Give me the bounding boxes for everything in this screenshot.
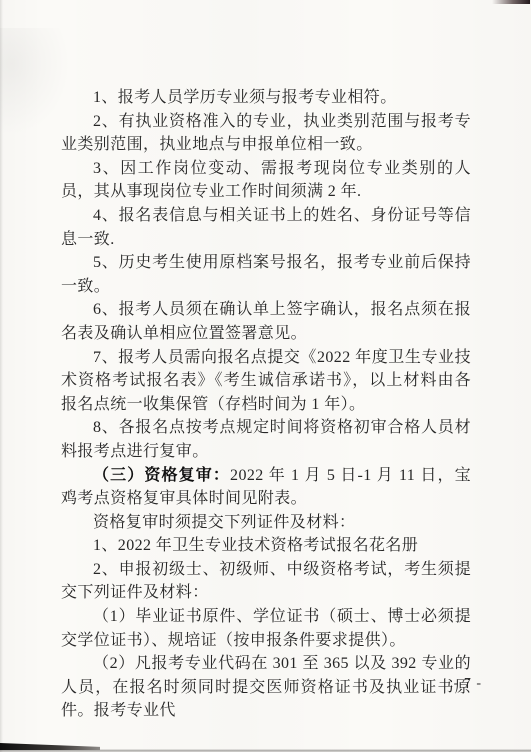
scan-top-right-mark bbox=[492, 0, 530, 4]
paragraph: 6、报考人员须在确认单上签字确认，报名点须在报名表及确认单相应位置签署意见。 bbox=[61, 298, 471, 345]
paragraph: （2）凡报考专业代码在 301 至 365 以及 392 专业的人员，在报名时须… bbox=[61, 652, 471, 723]
paragraph: 5、历史考生使用原档案号报名，报考专业前后保持一致。 bbox=[61, 251, 471, 298]
document-body: 1、报考人员学历专业须与报考专业相符。2、有执业资格准入的专业，执业类别范围与报… bbox=[61, 86, 471, 723]
paragraph: （1）毕业证书原件、学位证书（硕士、博士必须提交学位证书）、规培证（按申报条件要… bbox=[61, 605, 471, 652]
paragraph-bold-lead: （三）资格复审： bbox=[93, 467, 230, 484]
paragraph: （三）资格复审：2022 年 1 月 5 日-1 月 11 日，宝鸡考点资格复审… bbox=[61, 464, 471, 511]
paragraph: 2、有执业资格准入的专业，执业类别范围与报考专业类别范围，执业地点与申报单位相一… bbox=[61, 110, 471, 157]
paragraph: 资格复审时须提交下列证件及材料： bbox=[61, 511, 471, 535]
paragraph: 1、2022 年卫生专业技术资格考试报名花名册 bbox=[61, 534, 471, 558]
paragraph: 2、申报初级士、初级师、中级资格考试，考生须提交下列证件及材料： bbox=[61, 558, 471, 605]
scan-bottom-left-shadow bbox=[0, 743, 100, 750]
paragraph: 4、报名表信息与相关证书上的姓名、身份证号等信息一致. bbox=[61, 204, 471, 251]
paragraph: 7、报考人员需向报名点提交《2022 年度卫生专业技术资格考试报名表》《考生诚信… bbox=[61, 346, 471, 417]
page-number: - 7 - bbox=[454, 676, 482, 692]
document-page: 1、报考人员学历专业须与报考专业相符。2、有执业资格准入的专业，执业类别范围与报… bbox=[0, 0, 531, 752]
paragraph: 1、报考人员学历专业须与报考专业相符。 bbox=[61, 86, 471, 110]
paragraph: 8、各报名点按考点规定时间将资格初审合格人员材料报考点进行复审。 bbox=[61, 416, 471, 463]
scan-left-edge-shadow bbox=[0, 0, 3, 752]
paragraph: 3、因工作岗位变动、需报考现岗位专业类别的人员，其从事现岗位专业工作时间须满 2… bbox=[61, 157, 471, 204]
